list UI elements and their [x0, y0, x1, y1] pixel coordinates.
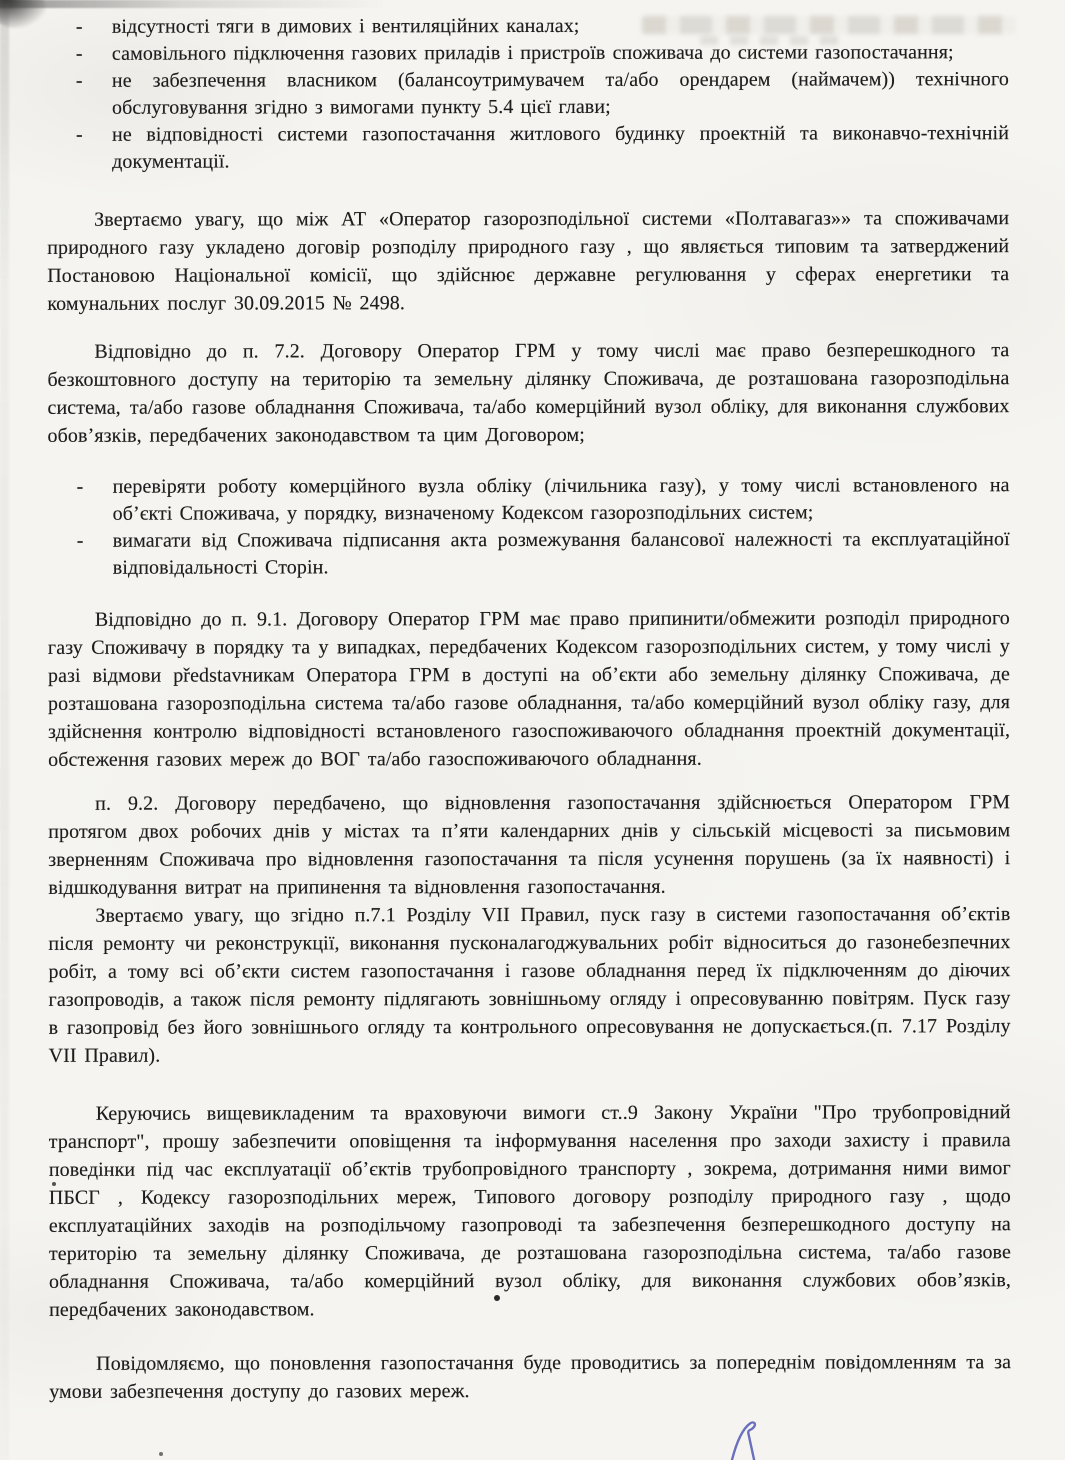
list-dash-marker: -: [47, 122, 112, 176]
list-item: -не забезпечення власником (балансоутрим…: [47, 66, 1009, 122]
document-body: -відсутності тяги в димових і вентиляцій…: [0, 0, 1065, 1406]
list-item-text: вимагати від Споживача підписання акта р…: [113, 526, 1010, 582]
list-dash-marker: -: [47, 68, 112, 122]
list-item-text: перевіряти роботу комерційного вузла обл…: [113, 472, 1010, 528]
stray-ink-dot: [159, 1452, 163, 1456]
scanned-document-page: { "colors":{ "paper_color":"#f5f4f0", "i…: [0, 0, 1065, 1460]
list-dash-marker: -: [47, 14, 112, 41]
para-agreement-2498: Звертаємо увагу, що між АТ «Оператор газ…: [47, 204, 1009, 318]
list-item-text: самовільного підключення газових приладі…: [112, 39, 1009, 68]
para-clause-9-1: Відповідно до п. 9.1. Договору Оператор …: [48, 604, 1010, 774]
list-dash-marker: -: [48, 474, 113, 528]
list-item: -самовільного підключення газових прилад…: [47, 39, 1009, 68]
list-dash-marker: -: [47, 41, 112, 68]
list-item: -вимагати від Споживача підписання акта …: [48, 526, 1010, 582]
para-final-request: Керуючись вищевикладеним та враховуючи в…: [49, 1098, 1011, 1324]
list-item-text: відсутності тяги в димових і вентиляційн…: [112, 12, 1009, 41]
para-clause-7-2: Відповідно до п. 7.2. Договору Оператор …: [47, 336, 1009, 450]
para-resumption-notice: Повідомляємо, що поновлення газопостачан…: [49, 1348, 1011, 1406]
list-item: -не відповідності системи газопостачання…: [47, 120, 1009, 176]
para-rules-7-1: Звертаємо увагу, що згідно п.7.1 Розділу…: [48, 900, 1010, 1070]
list-item-text: не забезпечення власником (балансоутриму…: [112, 66, 1009, 122]
list-item-text: не відповідності системи газопостачання …: [112, 120, 1009, 176]
list-operator-rights: -перевіряти роботу комерційного вузла об…: [48, 472, 1010, 582]
list-item: -перевіряти роботу комерційного вузла об…: [48, 472, 1010, 528]
list-item: -відсутності тяги в димових і вентиляцій…: [47, 12, 1009, 41]
blue-pen-mark: [724, 1418, 768, 1460]
para-clause-9-2: п. 9.2. Договору передбачено, що відновл…: [48, 788, 1010, 902]
list-dash-marker: -: [48, 528, 113, 582]
list-violations: -відсутності тяги в димових і вентиляцій…: [47, 12, 1009, 176]
